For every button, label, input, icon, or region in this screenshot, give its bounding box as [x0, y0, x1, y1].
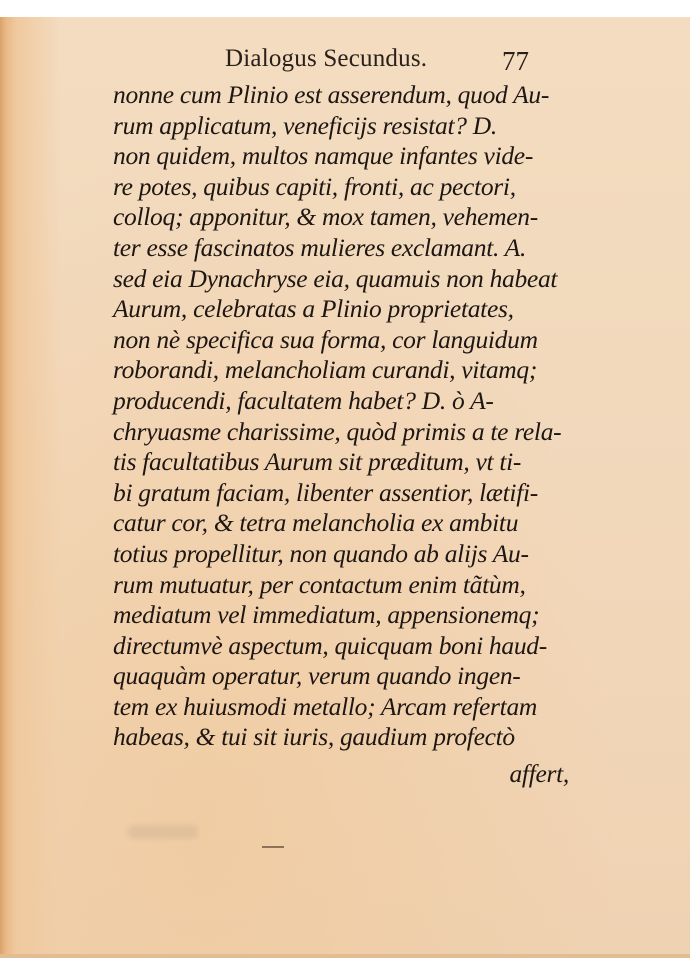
text-line: colloq; apponitur, & mox tamen, vehemen-: [113, 202, 573, 233]
text-line: nonne cum Plinio est asserendum, quod Au…: [113, 80, 573, 111]
page-header: Dialogus Secundus. 77: [0, 45, 690, 81]
text-line: mediatum vel immediatum, appensionemq;: [113, 600, 573, 631]
text-line: rum mutuatur, per contactum enim tãtùm,: [113, 570, 573, 601]
text-line: tem ex huiusmodi metallo; Arcam refertam: [113, 692, 573, 723]
text-line: producendi, facultatem habet? D. ò A-: [113, 386, 573, 417]
text-line: Aurum, celebratas a Plinio proprietates,: [113, 294, 573, 325]
text-line: tis facultatibus Aurum sit præditum, vt …: [113, 447, 573, 478]
text-line: bi gratum faciam, libenter assentior, læ…: [113, 478, 573, 509]
book-page: Dialogus Secundus. 77 nonne cum Plinio e…: [0, 17, 690, 958]
text-line: chryuasme charissime, quòd primis a te r…: [113, 417, 573, 448]
text-line: totius propellitur, non quando ab alijs …: [113, 539, 573, 570]
text-line: catur cor, & tetra melancholia ex ambitu: [113, 508, 573, 539]
ink-smudge: [128, 825, 198, 839]
text-line: roborandi, melancholiam curandi, vitamq;: [113, 355, 573, 386]
text-line: rum applicatum, veneficijs resistat? D.: [113, 111, 573, 142]
printer-mark: [262, 846, 284, 848]
catchword: affert,: [113, 759, 573, 790]
text-line: quaquàm operatur, verum quando ingen-: [113, 661, 573, 692]
running-title: Dialogus Secundus.: [225, 45, 427, 73]
page-number: 77: [502, 46, 529, 77]
text-line: re potes, quibus capiti, fronti, ac pect…: [113, 172, 573, 203]
text-line: sed eia Dynachryse eia, quamuis non habe…: [113, 264, 573, 295]
text-line: non nè specifica sua forma, cor languidu…: [113, 325, 573, 356]
text-line: ter esse fascinatos mulieres exclamant. …: [113, 233, 573, 264]
text-line: non quidem, multos namque infantes vide-: [113, 141, 573, 172]
body-text: nonne cum Plinio est asserendum, quod Au…: [113, 80, 573, 790]
text-line: directumvè aspectum, quicquam boni haud-: [113, 631, 573, 662]
text-line: habeas, & tui sit iuris, gaudium profect…: [113, 722, 573, 753]
